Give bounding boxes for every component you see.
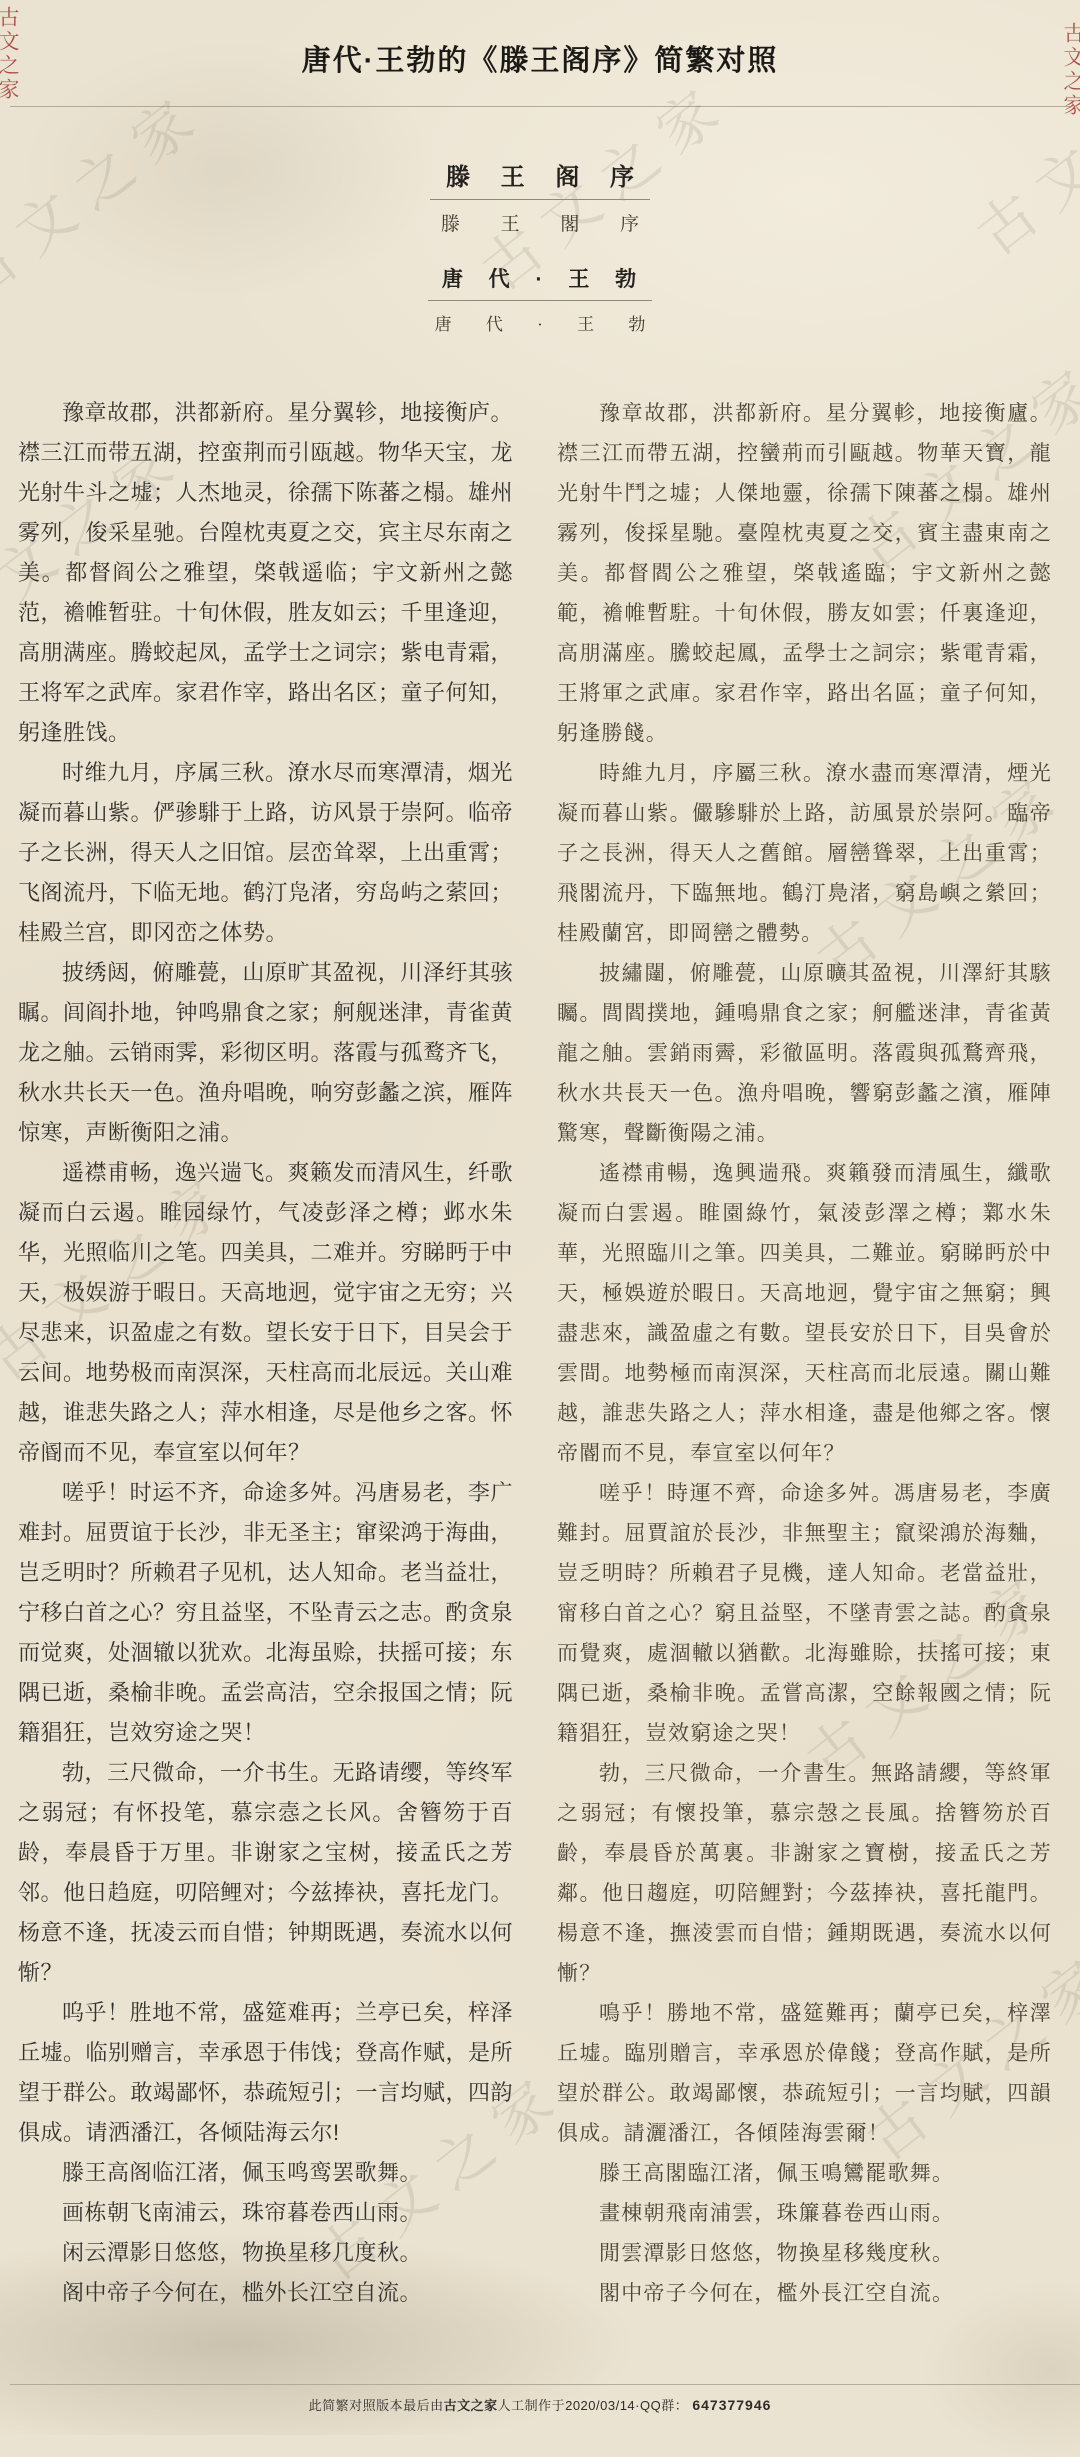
paragraph: 勃，三尺微命，一介书生。无路请缨，等终军之弱冠；有怀投笔，慕宗悫之长风。舍簪笏于…: [18, 1753, 513, 1993]
author-traditional: 唐 代 · 王 勃: [0, 310, 1080, 335]
footer-credit: 此简繁对照版本最后由古文之家人工制作于2020/03/14·QQ群： 64737…: [0, 2395, 1080, 2414]
paragraph: 勃，三尺微命，一介書生。無路請纓，等終軍之弱冠；有懷投筆，慕宗愨之長風。捨簪笏於…: [557, 1753, 1052, 1993]
paragraph: 遙襟甫暢，逸興遄飛。爽籟發而清風生，纖歌凝而白雲遏。睢園綠竹，氣淩彭澤之樽；鄴水…: [557, 1153, 1052, 1473]
paragraph: 嗟乎！時運不齊，命途多舛。馮唐易老，李廣難封。屈賈誼於長沙，非無聖主；竄梁鴻於海…: [557, 1473, 1052, 1753]
page: 古文之家 古文之家 古文之家 古文之家 古文之家 古文之家 古文之家 古文之家 …: [0, 0, 1080, 2457]
paragraph: 滕王高阁临江渚，佩玉鸣鸾罢歌舞。: [18, 2153, 513, 2193]
paragraph: 呜乎！胜地不常，盛筵难再；兰亭已矣，梓泽丘墟。临别赠言，幸承恩于伟饯；登高作赋，…: [18, 1993, 513, 2153]
author-simplified: 唐 代 · 王 勃: [428, 263, 652, 301]
footer-brand: 古文之家: [444, 2398, 498, 2413]
footer: 此简繁对照版本最后由古文之家人工制作于2020/03/14·QQ群： 64737…: [0, 2384, 1080, 2414]
paragraph: 閣中帝子今何在，檻外長江空自流。: [557, 2273, 1052, 2313]
footer-qq-number: 647377946: [692, 2397, 771, 2413]
paragraph: 閒雲潭影日悠悠，物換星移幾度秋。: [557, 2233, 1052, 2273]
paragraph: 披繡闥，俯雕甍，山原曠其盈視，川澤紆其駭矚。閭閻撲地，鍾鳴鼎食之家；舸艦迷津，青…: [557, 953, 1052, 1153]
paragraph: 遥襟甫畅，逸兴遄飞。爽籁发而清风生，纤歌凝而白云遏。睢园绿竹，气凌彭泽之樽；邺水…: [18, 1153, 513, 1473]
paragraph: 画栋朝飞南浦云，珠帘暮卷西山雨。: [18, 2193, 513, 2233]
traditional-column: 豫章故郡，洪都新府。星分翼軫，地接衡廬。襟三江而帶五湖，控蠻荊而引甌越。物華天寶…: [557, 393, 1052, 2313]
paragraph: 豫章故郡，洪都新府。星分翼轸，地接衡庐。襟三江而带五湖，控蛮荆而引瓯越。物华天宝…: [18, 393, 513, 753]
paragraph: 嗟乎！时运不齐，命途多舛。冯唐易老，李广难封。屈贾谊于长沙，非无圣主；窜梁鸿于海…: [18, 1473, 513, 1753]
poem-title-block: 滕 王 阁 序 滕 王 閣 序: [0, 157, 1080, 236]
poem-title-traditional: 滕 王 閣 序: [0, 209, 1080, 236]
poem-title-simplified: 滕 王 阁 序: [430, 157, 650, 200]
footer-divider: [10, 2384, 1080, 2385]
paragraph: 时维九月，序属三秋。潦水尽而寒潭清，烟光凝而暮山紫。俨骖騑于上路，访风景于崇阿。…: [18, 753, 513, 953]
paragraph: 阁中帝子今何在，槛外长江空自流。: [18, 2273, 513, 2313]
paragraph: 豫章故郡，洪都新府。星分翼軫，地接衡廬。襟三江而帶五湖，控蠻荊而引甌越。物華天寶…: [557, 393, 1052, 753]
footer-credit-prefix: 此简繁对照版本最后由: [309, 2398, 444, 2413]
header-divider: [10, 106, 1070, 107]
paragraph: 鳴乎！勝地不常，盛筵難再；蘭亭已矣，梓澤丘墟。臨別贈言，幸承恩於偉餞；登高作賦，…: [557, 1993, 1052, 2153]
paragraph: 時維九月，序屬三秋。潦水盡而寒潭清，煙光凝而暮山紫。儼驂騑於上路，訪風景於崇阿。…: [557, 753, 1052, 953]
paragraph: 畫棟朝飛南浦雲，珠簾暮卷西山雨。: [557, 2193, 1052, 2233]
page-title: 唐代·王勃的《滕王阁序》简繁对照: [0, 0, 1080, 79]
paragraph: 闲云潭影日悠悠，物换星移几度秋。: [18, 2233, 513, 2273]
paragraph: 滕王高閣臨江渚，佩玉鳴鸞罷歌舞。: [557, 2153, 1052, 2193]
paragraph: 披绣闼，俯雕甍，山原旷其盈视，川泽纡其骇瞩。闾阎扑地，钟鸣鼎食之家；舸舰迷津，青…: [18, 953, 513, 1153]
simplified-column: 豫章故郡，洪都新府。星分翼轸，地接衡庐。襟三江而带五湖，控蛮荆而引瓯越。物华天宝…: [18, 393, 513, 2313]
author-block: 唐 代 · 王 勃 唐 代 · 王 勃: [0, 263, 1080, 335]
comparison-body: 豫章故郡，洪都新府。星分翼轸，地接衡庐。襟三江而带五湖，控蛮荆而引瓯越。物华天宝…: [18, 393, 1052, 2313]
footer-credit-middle: 人工制作于2020/03/14·QQ群：: [498, 2398, 689, 2413]
